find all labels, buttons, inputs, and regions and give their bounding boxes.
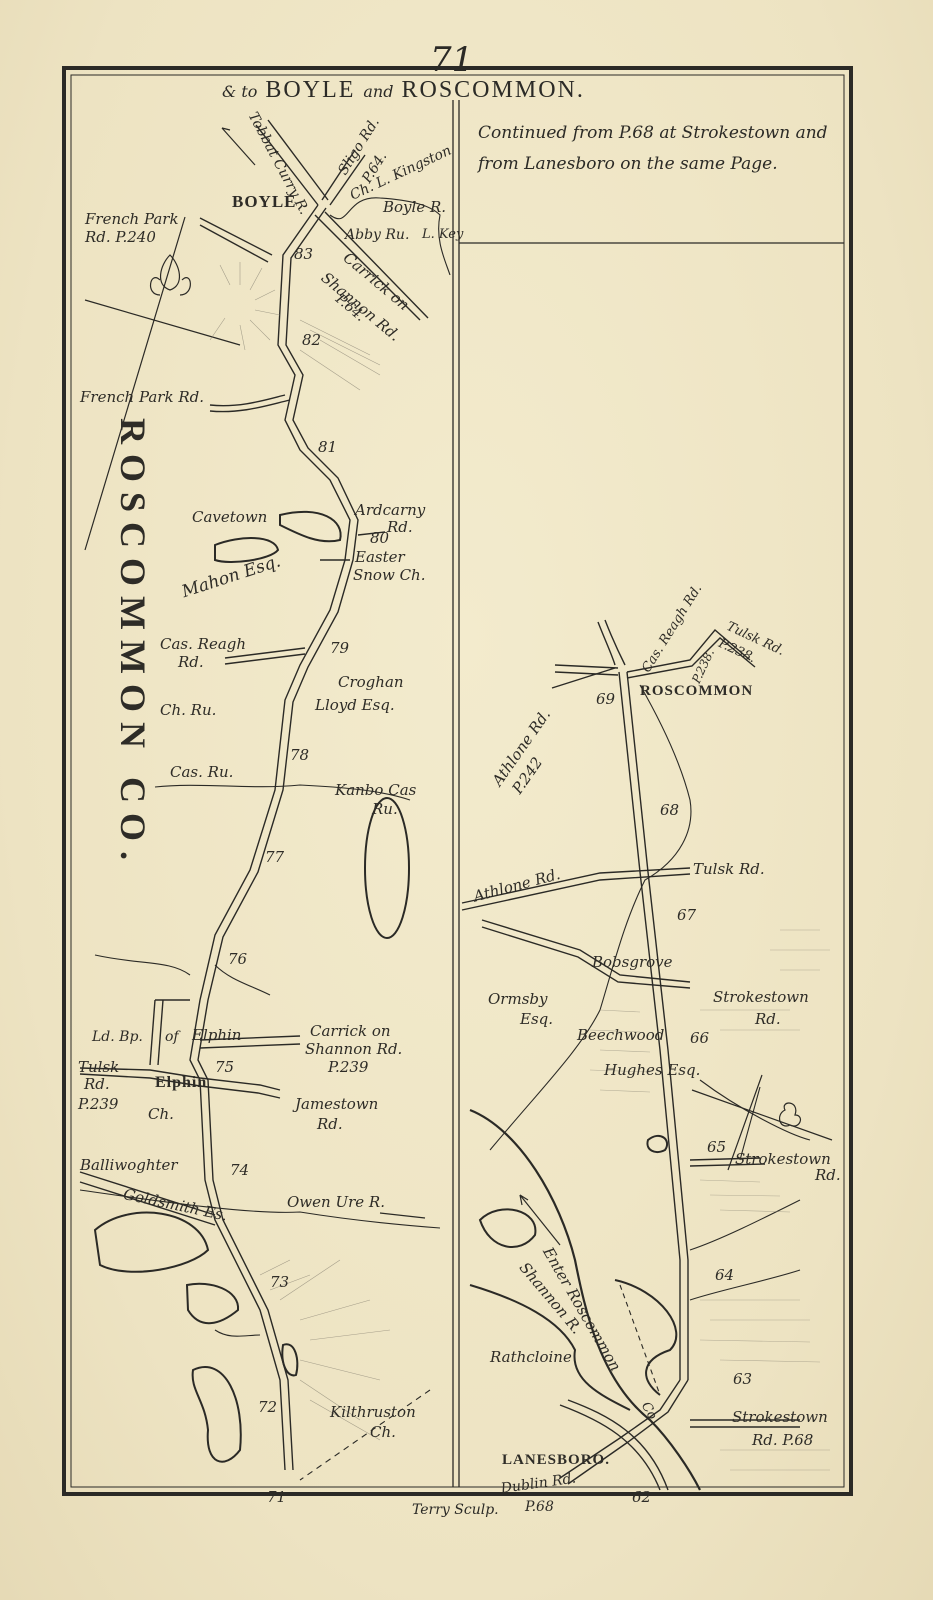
label-easter: Easter: [355, 550, 405, 566]
label-kanbo-cas: Kanbo Cas: [335, 783, 416, 799]
milepost-73: 73: [270, 1275, 289, 1291]
milepost-74: 74: [230, 1163, 249, 1179]
label-french-park-rd: French Park Rd.: [80, 390, 204, 406]
label-church-elphin: Ch.: [148, 1107, 174, 1123]
label-carrick-shannon-a: Carrick on: [310, 1024, 391, 1040]
label-tulsk-b: Rd.: [84, 1077, 110, 1093]
label-strokestown3-b: Rd. P.68: [752, 1433, 813, 1449]
engraver-credit: Terry Sculp.: [412, 1502, 499, 1518]
label-french-park-b: Rd. P.240: [85, 230, 156, 246]
label-tulsk-a: Tulsk: [78, 1060, 119, 1076]
right-rivers: [470, 685, 810, 1490]
milepost-67: 67: [677, 908, 696, 924]
label-elphin-small: Elphin: [192, 1028, 241, 1044]
county-label: ROSCOMMON CO.: [112, 418, 154, 870]
label-tulsk-rd: Tulsk Rd.: [693, 862, 765, 878]
label-boyle-river: Boyle R.: [383, 200, 446, 216]
milepost-75: 75: [215, 1060, 234, 1076]
title-prefix: & to: [222, 82, 257, 101]
town-lanesboro: LANESBORO.: [502, 1453, 610, 1469]
label-abby-ruins: Abby Ru.: [345, 228, 409, 243]
label-jamestown-b: Rd.: [317, 1117, 343, 1133]
label-church-ruins: Ch. Ru.: [160, 703, 216, 719]
label-strokestown-b: Rd.: [755, 1012, 781, 1028]
label-cavetown: Cavetown: [192, 510, 267, 526]
label-french-park-a: French Park: [85, 212, 179, 228]
label-kilthruston-b: Ch.: [370, 1425, 396, 1441]
town-boyle: BOYLE: [232, 193, 297, 211]
label-lord-bishop: Ld. Bp.: [92, 1030, 143, 1045]
label-ormsby-b: Esq.: [520, 1012, 553, 1028]
page-number: 71: [430, 40, 473, 80]
milepost-69: 69: [596, 692, 615, 708]
label-carrick-shannon-b: Shannon Rd.: [305, 1042, 402, 1058]
title-roscommon: ROSCOMMON.: [401, 77, 584, 103]
town-roscommon: ROSCOMMON: [640, 684, 753, 700]
label-kanbo-ru: Ru.: [372, 802, 398, 818]
north-arrow-left: [222, 128, 255, 165]
milepost-80: 80: [370, 531, 389, 547]
town-elphin: Elphin: [155, 1075, 207, 1092]
label-owen-ure: Owen Ure R.: [287, 1195, 385, 1211]
milepost-71: 71: [267, 1490, 286, 1506]
label-carrick-shannon-c: P.239: [328, 1060, 368, 1076]
milepost-66: 66: [690, 1031, 709, 1047]
milepost-79: 79: [330, 641, 349, 657]
marsh-hatching: [590, 930, 830, 1470]
label-castle-ruins: Cas. Ru.: [170, 765, 233, 781]
label-dublin-page: P.68: [525, 1500, 554, 1515]
milepost-77: 77: [265, 850, 284, 866]
label-ardcarny-b: Rd.: [387, 520, 413, 536]
label-snow-ch: Snow Ch.: [353, 568, 425, 584]
milepost-62: 62: [632, 1490, 651, 1506]
label-cas-reagh-a: Cas. Reagh: [160, 637, 246, 653]
right-lakes: [480, 1136, 667, 1247]
milepost-64: 64: [715, 1268, 734, 1284]
milepost-82: 82: [302, 333, 321, 349]
label-kilthruston-a: Kilthruston: [330, 1405, 416, 1421]
label-ardcarny-a: Ardcarny: [355, 503, 425, 519]
milepost-72: 72: [258, 1400, 277, 1416]
label-balliwoghter: Balliwoghter: [80, 1158, 178, 1174]
milepost-81: 81: [318, 440, 337, 456]
label-ormsby-a: Ormsby: [488, 992, 547, 1008]
milepost-78: 78: [290, 748, 309, 764]
label-hughes: Hughes Esq.: [604, 1063, 700, 1079]
label-strokestown-a: Strokestown: [713, 990, 809, 1006]
compass-rose-left: [85, 217, 240, 550]
title-boyle: BOYLE: [265, 77, 355, 103]
label-beechwood: Beechwood: [577, 1028, 664, 1044]
milepost-63: 63: [733, 1372, 752, 1388]
label-tulsk-c: P.239: [78, 1097, 118, 1113]
milepost-76: 76: [228, 952, 247, 968]
label-of: of: [165, 1030, 179, 1045]
label-lloyd: Lloyd Esq.: [315, 698, 395, 714]
label-rathcloine: Rathcloine: [490, 1350, 572, 1366]
label-croghan: Croghan: [338, 675, 404, 691]
label-lough-key: L. Key: [422, 228, 463, 242]
milepost-68: 68: [660, 803, 679, 819]
milepost-65: 65: [707, 1140, 726, 1156]
label-strokestown3-a: Strokestown: [732, 1410, 828, 1426]
title-and: and: [363, 82, 393, 101]
continuation-note: Continued from P.68 at Strokestown and f…: [478, 118, 848, 180]
label-jamestown-a: Jamestown: [295, 1097, 378, 1113]
page-title: & to BOYLE and ROSCOMMON.: [222, 77, 585, 104]
label-bobsgrove: Bobsgrove: [592, 955, 673, 971]
label-strokestown2-b: Rd.: [815, 1168, 841, 1184]
label-cas-reagh-b: Rd.: [178, 655, 204, 671]
milepost-83: 83: [294, 247, 313, 263]
